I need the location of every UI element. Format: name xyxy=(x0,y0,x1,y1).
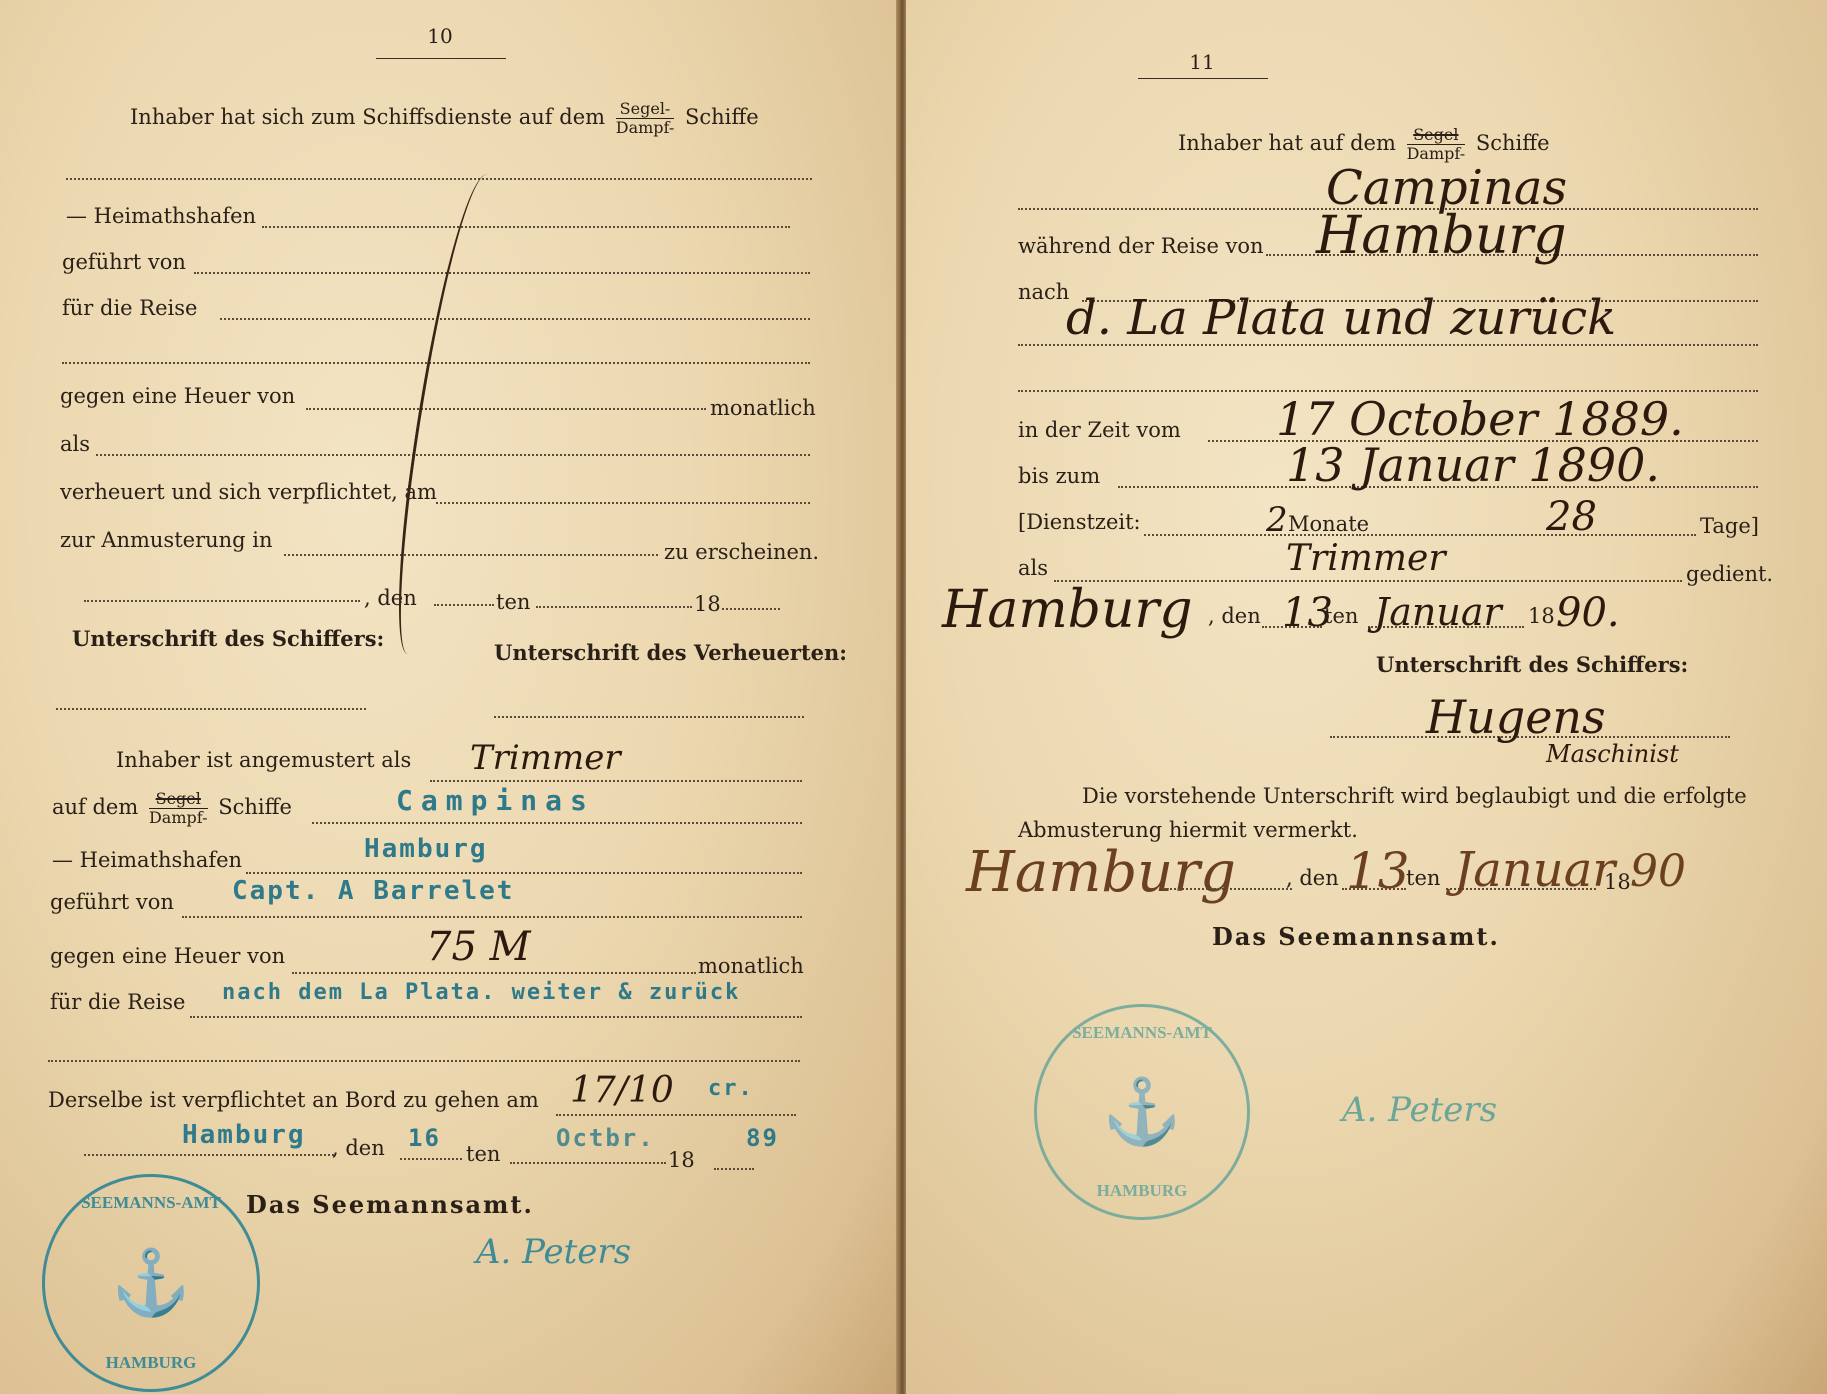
service-days-handwritten: 28 xyxy=(1546,494,1597,540)
day-stamp: 16 xyxy=(408,1124,441,1152)
date-den-2: , den xyxy=(332,1136,385,1160)
hired-label: verheuert und sich verpflichtet, am xyxy=(60,480,437,504)
official-seal: SEEMANNS-AMT ⚓ HAMBURG xyxy=(1034,1004,1250,1220)
wage-label-2: gegen eine Heuer von xyxy=(50,944,285,968)
cert-year-prefix: 18 xyxy=(1604,870,1631,894)
cert-date-den: , den xyxy=(1286,866,1339,890)
board-date-handwritten: 17/10 xyxy=(570,1070,674,1111)
home-port-label: — Heimathshafen xyxy=(66,204,256,228)
anchor-icon: ⚓ xyxy=(111,1246,191,1321)
page-number-rule xyxy=(1138,78,1268,79)
date-place-field xyxy=(84,600,360,602)
service-label: [Dienstzeit: xyxy=(1018,510,1141,534)
hired-field xyxy=(436,502,810,504)
frac-bottom: Dampf- xyxy=(149,808,208,827)
sig-master-field xyxy=(56,708,366,710)
cert-place-field xyxy=(1162,888,1292,890)
frac-top: Segel xyxy=(1407,126,1466,145)
month-field xyxy=(510,1162,666,1164)
as-label: als xyxy=(1018,556,1048,580)
heading-text: Inhaber hat auf dem xyxy=(1178,131,1396,155)
anchor-icon: ⚓ xyxy=(1102,1075,1182,1150)
home-port-label-2: — Heimathshafen xyxy=(52,848,242,872)
heading-end: Schiffe xyxy=(1476,131,1550,155)
date-year-2: 18 xyxy=(668,1148,695,1172)
wage-suffix-2: monatlich xyxy=(698,954,804,978)
service-months-handwritten: 2 xyxy=(1266,500,1288,540)
sig-master-label: Unterschrift des Schiffers: xyxy=(1376,652,1688,677)
master-stamp: Capt. A Barrelet xyxy=(232,876,514,906)
wage-handwritten: 75 M xyxy=(426,924,531,970)
ship-suffix: Schiffe xyxy=(218,795,292,819)
cert-year-handwritten: 90 xyxy=(1630,846,1686,897)
board-date-stamp: cr. xyxy=(708,1076,754,1101)
ship-name-field xyxy=(66,178,812,180)
home-port-field xyxy=(262,226,790,228)
cert-day-handwritten: 13 xyxy=(1346,842,1410,900)
voyage-to-label: nach xyxy=(1018,280,1069,304)
voyage-field-2 xyxy=(190,1016,802,1018)
cert-date-ten: ten xyxy=(1406,866,1440,890)
ship-type-fraction: SegelDampf- xyxy=(1407,126,1466,163)
master-field-2 xyxy=(182,916,802,918)
board-label: Derselbe ist verpflichtet an Bord zu geh… xyxy=(48,1088,539,1112)
page-number: 11 xyxy=(1162,50,1242,74)
office-title: Das Seemannsamt. xyxy=(246,1190,534,1219)
wage-label: gegen eine Heuer von xyxy=(60,384,295,408)
service-days-field xyxy=(1356,534,1696,536)
sig-hired-field xyxy=(494,716,804,718)
date-year-field xyxy=(722,608,780,610)
year-field xyxy=(714,1168,754,1170)
voyage-from-label: während der Reise von xyxy=(1018,234,1264,258)
as-label: als xyxy=(60,432,90,456)
date-ten: ten xyxy=(1324,604,1358,628)
section1-heading: Inhaber hat sich zum Schiffsdienste auf … xyxy=(130,100,759,137)
certification-text-2: Abmusterung hiermit vermerkt. xyxy=(1018,818,1358,842)
service-days-label: Tage] xyxy=(1700,514,1759,538)
date-year: 18 xyxy=(694,592,721,616)
year-handwritten: 90. xyxy=(1556,590,1620,636)
official-signature: A. Peters xyxy=(476,1232,631,1272)
ship-prefix: auf dem xyxy=(52,795,138,819)
sig-master-sub: Maschinist xyxy=(1546,740,1679,768)
frac-bottom: Dampf- xyxy=(616,118,675,137)
muster-label: zur Anmusterung in xyxy=(60,528,273,552)
master-label-2: geführt von xyxy=(50,890,174,914)
ship-row: auf dem SegelDampf- Schiffe xyxy=(52,790,292,827)
voyage-label: für die Reise xyxy=(62,296,197,320)
date-ten-2: ten xyxy=(466,1142,500,1166)
wage-field-2 xyxy=(292,972,696,974)
rank-handwritten: Trimmer xyxy=(470,738,621,778)
month-stamp: Octbr. xyxy=(556,1124,655,1152)
date-month-field xyxy=(536,606,692,608)
period-to-label: bis zum xyxy=(1018,464,1100,488)
seal-top-text: SEEMANNS-AMT xyxy=(1037,1023,1247,1043)
frac-top: Segel- xyxy=(616,100,675,119)
day-field xyxy=(400,1158,462,1160)
home-port-field-2 xyxy=(246,872,802,874)
cert-month-handwritten: Januar xyxy=(1454,842,1615,898)
heading: Inhaber hat auf dem SegelDampf- Schiffe xyxy=(1178,126,1550,163)
date-den: , den xyxy=(1208,604,1261,628)
as-suffix: gedient. xyxy=(1686,562,1773,586)
official-seal: SEEMANNS-AMT ⚓ HAMBURG xyxy=(42,1174,260,1392)
service-months-label: Monate xyxy=(1288,512,1369,536)
page-number-rule xyxy=(376,58,506,59)
heading-end: Schiffe xyxy=(685,105,759,129)
master-label: geführt von xyxy=(62,250,186,274)
certification-text-1: Die vorstehende Unterschrift wird beglau… xyxy=(1082,784,1747,808)
month-handwritten: Januar xyxy=(1374,590,1502,634)
muster-suffix: zu erscheinen. xyxy=(664,540,819,564)
ship-name-stamp: Campinas xyxy=(396,784,595,817)
period-to-handwritten: 13 Januar 1890. xyxy=(1286,438,1660,492)
cancel-mark xyxy=(384,174,510,654)
left-page: 10 Inhaber hat sich zum Schiffsdienste a… xyxy=(0,0,900,1394)
sig-master-label: Unterschrift des Schiffers: xyxy=(72,626,384,651)
official-signature: A. Peters xyxy=(1342,1090,1497,1130)
voyage-to-handwritten: d. La Plata und zurück xyxy=(1066,290,1616,346)
rank-field xyxy=(430,780,802,782)
home-port-stamp: Hamburg xyxy=(364,834,488,864)
frac-top: Segel xyxy=(149,790,208,809)
sig-hired-label: Unterschrift des Verheuerten: xyxy=(494,640,847,665)
voyage-label-2: für die Reise xyxy=(50,990,185,1014)
ship-type-fraction: Segel-Dampf- xyxy=(616,100,675,137)
place-stamp: Hamburg xyxy=(182,1120,306,1150)
voyage-from-handwritten: Hamburg xyxy=(1316,206,1567,266)
office-title: Das Seemannsamt. xyxy=(1212,922,1500,951)
master-field xyxy=(194,272,810,274)
sig-master-handwritten: Hugens xyxy=(1426,690,1606,744)
voyage-field-3 xyxy=(48,1060,800,1062)
place-field xyxy=(84,1154,334,1156)
ship-type-fraction: SegelDampf- xyxy=(149,790,208,827)
section2-heading: Inhaber ist angemustert als xyxy=(116,748,411,772)
heading-text: Inhaber hat sich zum Schiffsdienste auf … xyxy=(130,105,605,129)
board-date-field xyxy=(556,1114,796,1116)
page-number: 10 xyxy=(400,24,480,48)
voyage-field xyxy=(220,318,810,320)
voyage-stamp: nach dem La Plata. weiter & zurück xyxy=(222,980,740,1005)
as-handwritten: Trimmer xyxy=(1286,538,1446,579)
right-page: 11 Inhaber hat auf dem SegelDampf- Schif… xyxy=(906,0,1827,1394)
place-handwritten: Hamburg xyxy=(942,580,1193,640)
cert-place-handwritten: Hamburg xyxy=(966,840,1236,905)
year-prefix: 18 xyxy=(1528,604,1555,628)
ship-field xyxy=(312,822,802,824)
seal-top-text: SEEMANNS-AMT xyxy=(45,1193,257,1213)
wage-suffix: monatlich xyxy=(710,396,816,420)
seal-bottom-text: HAMBURG xyxy=(1037,1181,1247,1201)
seal-bottom-text: HAMBURG xyxy=(45,1353,257,1373)
year-stamp: 89 xyxy=(746,1124,779,1152)
date-ten: ten xyxy=(496,590,530,614)
wage-field xyxy=(306,408,706,410)
muster-field xyxy=(284,554,658,556)
period-from-label: in der Zeit vom xyxy=(1018,418,1181,442)
